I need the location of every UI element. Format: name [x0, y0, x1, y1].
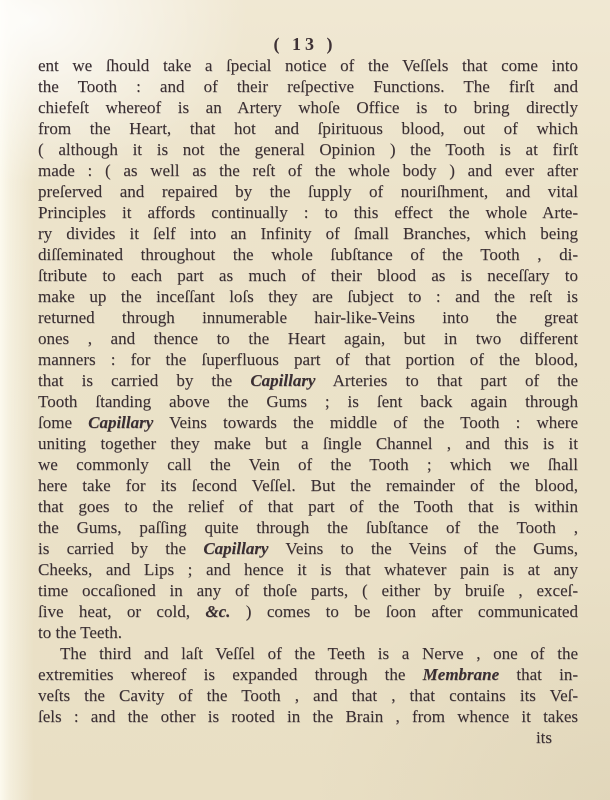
text-line: that goes to the relief of that part of …: [38, 496, 578, 517]
text-line: is carried by the Capillary Veins to the…: [38, 538, 578, 559]
text-line: to the Teeth.: [38, 622, 578, 643]
body-text: uniting together they make but a ſingle …: [38, 434, 578, 453]
text-line: preſerved and repaired by the ſupply of …: [38, 181, 578, 202]
text-line: the Gums, paſſing quite through the ſubſ…: [38, 517, 578, 538]
text-line: returned through innumerable hair-like-V…: [38, 307, 578, 328]
italic-text: Membrane: [423, 665, 500, 684]
body-text: preſerved and repaired by the ſupply of …: [38, 182, 578, 201]
body-text: to the Teeth.: [38, 623, 122, 642]
text-line: chiefeſt whereof is an Artery whoſe Offi…: [38, 97, 578, 118]
book-page: ( 13 ) ent we ſhould take a ſpecial noti…: [0, 0, 610, 800]
body-text: extremities whereof is expanded through …: [38, 665, 423, 684]
text-line: ſome Capillary Veins towards the middle …: [38, 412, 578, 433]
text-line: ry divides it ſelf into an Infinity of ſ…: [38, 223, 578, 244]
text-line: ( although it is not the general Opinion…: [38, 139, 578, 160]
body-text: chiefeſt whereof is an Artery whoſe Offi…: [38, 98, 578, 117]
body-text: ( although it is not the general Opinion…: [38, 140, 578, 159]
italic-text: &c.: [205, 602, 230, 621]
text-line: make up the inceſſant loſs they are ſubj…: [38, 286, 578, 307]
text-line: The third and laſt Veſſel of the Teeth i…: [38, 643, 578, 664]
body-text: ry divides it ſelf into an Infinity of ſ…: [38, 224, 578, 243]
text-line: extremities whereof is expanded through …: [38, 664, 578, 685]
text-line: ones , and thence to the Heart again, bu…: [38, 328, 578, 349]
body-text: manners : for the ſuperfluous part of th…: [38, 350, 578, 369]
body-text: that goes to the relief of that part of …: [38, 497, 578, 516]
body-text: ones , and thence to the Heart again, bu…: [38, 329, 578, 348]
italic-text: Capillary: [250, 371, 315, 390]
body-text: is carried by the: [38, 539, 203, 558]
body-text: we commonly call the Vein of the Tooth ;…: [38, 455, 578, 474]
text-line: the Tooth : and of their reſpective Func…: [38, 76, 578, 97]
text-line: veſts the Cavity of the Tooth , and that…: [38, 685, 578, 706]
text-line: time occaſioned in any of thoſe parts, (…: [38, 580, 578, 601]
body-text: made : ( as well as the reſt of the whol…: [38, 161, 578, 180]
body-text: Arteries to that part of the: [315, 371, 578, 390]
body-text: diſſeminated throughout the whole ſubſta…: [38, 245, 578, 264]
text-line: ſive heat, or cold, &c. ) comes to be ſo…: [38, 601, 578, 622]
body-text: returned through innumerable hair-like-V…: [38, 308, 578, 327]
body-text: ) comes to be ſoon after communicated: [230, 602, 578, 621]
body-text: Principles it affords continually : to t…: [38, 203, 578, 222]
italic-text: Capillary: [203, 539, 268, 558]
text-line: Principles it affords continually : to t…: [38, 202, 578, 223]
catchword: its: [38, 727, 578, 748]
text-line: Cheeks, and Lips ; and hence it is that …: [38, 559, 578, 580]
body-text: make up the inceſſant loſs they are ſubj…: [38, 287, 578, 306]
body-text: Tooth ſtanding above the Gums ; is ſent …: [38, 392, 578, 411]
italic-text: Capillary: [88, 413, 153, 432]
text-line: ſtribute to each part as much of their b…: [38, 265, 578, 286]
body-text: The third and laſt Veſſel of the Teeth i…: [60, 644, 578, 663]
body-text: Veins to the Veins of the Gums,: [268, 539, 578, 558]
body-text: here take for its ſecond Veſſel. But the…: [38, 476, 578, 495]
body-text: time occaſioned in any of thoſe parts, (…: [38, 581, 578, 600]
body-text: from the Heart, that hot and ſpirituous …: [38, 119, 578, 138]
body-text: the Tooth : and of their reſpective Func…: [38, 77, 578, 96]
text-line: diſſeminated throughout the whole ſubſta…: [38, 244, 578, 265]
text-line: made : ( as well as the reſt of the whol…: [38, 160, 578, 181]
text-line: uniting together they make but a ſingle …: [38, 433, 578, 454]
body-text: ſels : and the other is rooted in the Br…: [38, 707, 578, 726]
body-text: veſts the Cavity of the Tooth , and that…: [38, 686, 578, 705]
text-line: manners : for the ſuperfluous part of th…: [38, 349, 578, 370]
text-line: we commonly call the Vein of the Tooth ;…: [38, 454, 578, 475]
body-text: the Gums, paſſing quite through the ſubſ…: [38, 518, 578, 537]
text-line: ent we ſhould take a ſpecial notice of t…: [38, 55, 578, 76]
body-text: ent we ſhould take a ſpecial notice of t…: [38, 56, 578, 75]
body-text: Cheeks, and Lips ; and hence it is that …: [38, 560, 578, 579]
body-text: that is carried by the: [38, 371, 250, 390]
text-block: ent we ſhould take a ſpecial notice of t…: [38, 55, 578, 748]
lines-container: ent we ſhould take a ſpecial notice of t…: [38, 55, 578, 727]
body-text: ſive heat, or cold,: [38, 602, 205, 621]
text-line: ſels : and the other is rooted in the Br…: [38, 706, 578, 727]
text-line: from the Heart, that hot and ſpirituous …: [38, 118, 578, 139]
body-text: that in-: [499, 665, 578, 684]
text-line: here take for its ſecond Veſſel. But the…: [38, 475, 578, 496]
text-line: Tooth ſtanding above the Gums ; is ſent …: [38, 391, 578, 412]
body-text: ſome: [38, 413, 88, 432]
body-text: ſtribute to each part as much of their b…: [38, 266, 578, 285]
text-line: that is carried by the Capillary Arterie…: [38, 370, 578, 391]
page-number: ( 13 ): [0, 34, 610, 55]
body-text: Veins towards the middle of the Tooth : …: [153, 413, 578, 432]
